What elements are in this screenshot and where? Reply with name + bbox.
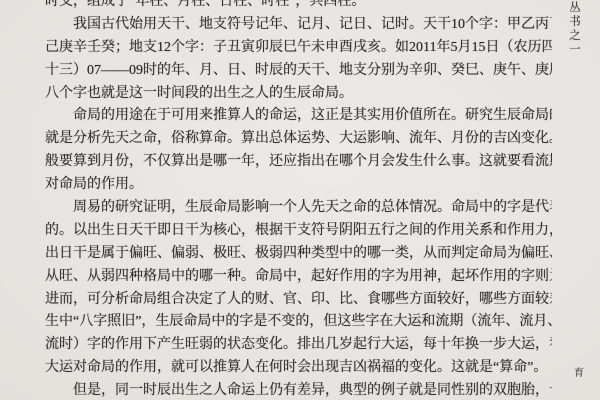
text-line: 但是，同一时辰出生之人命运上仍有差异，典型的例子就是同性别的双胞胎，一个妈生 [45, 380, 552, 400]
text-line: 对命局的作用。 [45, 174, 552, 197]
text-line: 从旺、从弱四种格局中的哪一种。命局中，起好作用的字为用神，起坏作用的字则为忌神。 [45, 266, 552, 289]
scanned-page: 时支，组成了“年柱、月柱、日柱、时柱”，共四柱。 我国古代始用天干、地支符号记年… [0, 0, 600, 400]
text-line: 就是分析先天之命，俗称算命。算出总体运势、大运影响、流年、月份的吉凶变化。算命一 [45, 128, 552, 151]
series-margin-label: 丛书之一 [566, 1, 582, 57]
text-line: 生中“八字照旧”，生辰命局中的字是不变的，但这些字在大运和流期（流年、流月、流日… [45, 311, 552, 334]
text-line: 流时）字的作用下产生旺弱的状态变化。排出几岁起行大运，每十年换一步大运，看流期、 [45, 334, 552, 357]
text-line: 时支，组成了“年柱、月柱、日柱、时柱”，共四柱。 [45, 0, 552, 14]
text-line: 出日干是属于偏旺、偏弱、极旺、极弱四种类型中的哪一类，从而判定命局为偏旺、偏弱、 [45, 243, 552, 266]
text-line: 我国古代始用天干、地支符号记年、记月、记日、记时。天干10个字：甲乙丙丁戊 [45, 14, 552, 37]
text-line: 己庚辛壬癸；地支12个字：子丑寅卯辰巳午未申酉戌亥。如2011年5月15日（农历… [45, 37, 552, 60]
text-line: 进而，可分析命局组合决定了人的财、官、印、比、食哪些方面较好，哪些方面较差。人一 [45, 289, 552, 312]
text-line: 八个字也就是这一时间段的出生之人的生辰命局。 [45, 83, 552, 106]
text-line: 十三）07——09时的年、月、日、时辰的天干、地支分别为辛卯、癸巳、庚午、庚辰，… [45, 60, 552, 83]
text-line: 的。以出生日天干即日干为核心，根据干支符号阴阳五行之间的作用关系和作用力，可分辨 [45, 220, 552, 243]
text-line: 命局的用途在于可用来推算人的命运，这正是其实用价值所在。研究生辰命局的目的也 [45, 105, 552, 128]
margin-mark: 育 [574, 364, 584, 379]
text-line: 周易的研究证明，生辰命局影响一个人先天之命的总体情况。命局中的字是代表人和事 [45, 197, 552, 220]
page-body-text: 时支，组成了“年柱、月柱、日柱、时柱”，共四柱。 我国古代始用天干、地支符号记年… [45, 0, 552, 400]
text-line: 般要算到月份，不仅算出是哪一年，还应指出在哪个月会发生什么事。这就要看流期、大运 [45, 151, 552, 174]
text-line: 大运对命局的作用，就可以推算人在何时会出现吉凶祸福的变化。这就是“算命”。 [45, 357, 552, 380]
